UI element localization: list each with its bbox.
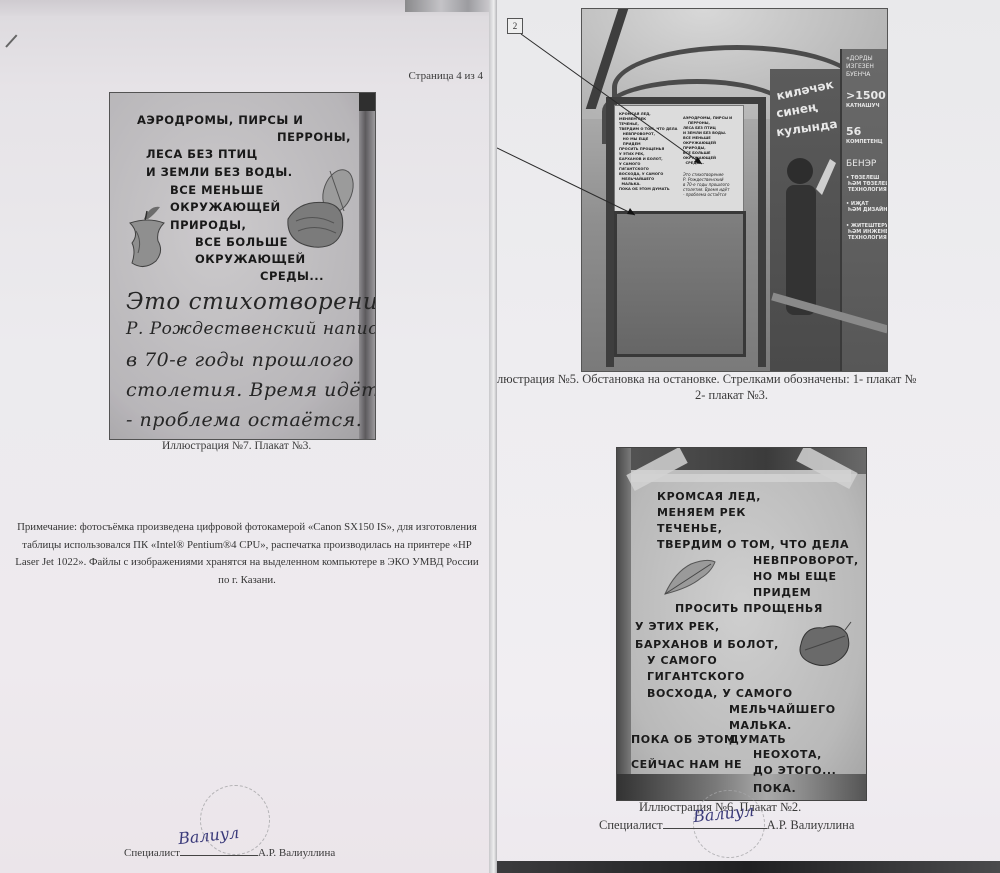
- poster-line: ПОКА ОБ ЭТОМ: [631, 733, 736, 746]
- poster-line: НЕВПРОВОРОТ,: [753, 554, 859, 567]
- signature-role: Специалист: [124, 847, 180, 859]
- poster-line: СЕЙЧАС НАМ НЕ: [631, 758, 742, 771]
- ad-side-line: КОМПЕТЕНЦ: [846, 139, 883, 145]
- oak-leaf-icon: [661, 556, 719, 598]
- signature-role: Специалист: [599, 818, 663, 832]
- ad-side-line: >1500: [846, 89, 886, 102]
- poster-line: ПРОСИТЬ ПРОЩЕНЬЯ: [675, 602, 823, 615]
- ad-side-line: БУЕНЧА: [846, 71, 870, 78]
- poster-2-image: КРОМСАЯ ЛЕД, МЕНЯЕМ РЕК ТЕЧЕНЬЕ, ТВЕРДИМ…: [616, 447, 867, 801]
- ad-side-line: 56: [846, 125, 861, 138]
- poster-line: АЭРОДРОМЫ, ПИРСЫ И: [137, 113, 303, 127]
- poster-left-frame: [617, 448, 631, 800]
- handwritten-line: в 70-е годы прошлого: [126, 349, 354, 371]
- poster-line: КРОМСАЯ ЛЕД,: [657, 490, 761, 503]
- poster-line: ЛЕСА БЕЗ ПТИЦ: [146, 147, 258, 161]
- signature-name: А.Р. Валиуллина: [258, 847, 335, 859]
- poster-line: ГИГАНТСКОГО: [647, 670, 745, 683]
- photo-caption-line-2: 2- плакат №3.: [695, 388, 768, 403]
- photo-note: Примечание: фотосъёмка произведена цифро…: [14, 519, 480, 589]
- poster-line: ПЕРРОНЫ,: [277, 130, 351, 144]
- document-page-right: КРОМСАЯ ЛЕД,МЕНЯЕМ РЕКТЕЧЕНЬЕ,ТВЕРДИМ О …: [497, 0, 1000, 873]
- poster-line: МАЛЬКА.: [729, 719, 792, 732]
- poster-line: МЕНЯЕМ РЕК: [657, 506, 746, 519]
- poster-line: НЕОХОТА,: [753, 748, 822, 761]
- poster-line: СРЕДЫ...: [260, 269, 324, 283]
- poster-line: ТВЕРДИМ О: [657, 538, 737, 551]
- ad-side-line: ТЕХНОЛОГИЯЛ: [848, 235, 888, 241]
- document-page-left: Страница 4 из 4 АЭРОДРОМЫ, ПИРСЫ И ПЕРРО…: [0, 0, 489, 873]
- notice-board-empty-frame: [614, 211, 746, 357]
- poster-line: ОКРУЖАЮЩЕЙ: [170, 200, 281, 214]
- maple-leaf-icon: [795, 620, 853, 670]
- handwritten-line: - проблема остаётся.: [126, 409, 362, 431]
- page-bottom-shadow: [497, 861, 1000, 873]
- shelter-post: [606, 97, 614, 367]
- binder-clip: [405, 0, 489, 12]
- ad-side-line: ҺӘМ ДИЗАЙН: [848, 207, 887, 213]
- handwritten-line: Р. Рождественский написал: [126, 319, 376, 339]
- ad-side-line: ТЕХНОЛОГИЯ: [848, 187, 887, 193]
- poster-line: ПРИРОДЫ,: [170, 218, 246, 232]
- photo-caption-line-1: люстрация №5. Обстановка на остановке. С…: [497, 372, 916, 387]
- tape-strip: [631, 470, 851, 482]
- poster-line: ДУМАТЬ: [729, 733, 786, 746]
- poster-frame-corner: [359, 93, 375, 111]
- poster-line: У ЭТИХ РЕК,: [635, 620, 720, 633]
- handwritten-line: Это стихотворение: [126, 289, 376, 315]
- ad-side-line: БЕНЭР: [846, 159, 876, 169]
- signature-name: А.Р. Валиуллина: [767, 818, 855, 832]
- poster-line: ВОСХОДА, У САМОГО: [647, 687, 793, 700]
- poster-line: НО МЫ ЕЩЕ: [753, 570, 837, 583]
- signature-block: СпециалистА.Р. Валиуллина: [124, 843, 335, 859]
- poster-3-image: АЭРОДРОМЫ, ПИРСЫ И ПЕРРОНЫ, ЛЕСА БЕЗ ПТИ…: [109, 92, 376, 440]
- marker-label-2: 2: [507, 18, 523, 34]
- shelter-crossbar: [606, 97, 766, 104]
- illustration-caption: Иллюстрация №7. Плакат №3.: [162, 440, 311, 452]
- ad-line: синең: [775, 99, 818, 120]
- poster-line: ТОМ, ЧТО ДЕЛА: [741, 538, 849, 551]
- poster-line: У САМОГО: [647, 654, 717, 667]
- poster-line: И ЗЕМЛИ БЕЗ ВОДЫ.: [146, 165, 293, 179]
- page-gap: [489, 0, 497, 873]
- ad-side-line: КАТНАШУЧ: [846, 103, 880, 109]
- leaf-pile-icon: [280, 161, 360, 256]
- poster-line: БАРХАНОВ И БОЛОТ,: [635, 638, 779, 651]
- poster-line: ПРИДЕМ: [753, 586, 811, 599]
- poster-line: МЕЛЬЧАЙШЕГО: [729, 703, 836, 716]
- ad-side-line: ИЗГЕЗЕН: [846, 63, 874, 70]
- poster-line: ПОКА.: [753, 782, 796, 795]
- shelter-post: [758, 99, 766, 367]
- handwritten-line: столетия. Время идёт -: [126, 379, 376, 401]
- pen-mark: [5, 34, 17, 47]
- ad-line: киләчәк: [775, 77, 835, 103]
- ad-side-line: «ДОРДЫ: [846, 55, 873, 62]
- bus-stop-photo: КРОМСАЯ ЛЕД,МЕНЯЕМ РЕКТЕЧЕНЬЕ,ТВЕРДИМ О …: [581, 8, 888, 372]
- poster-line: ВСЕ БОЛЬШЕ: [195, 235, 288, 249]
- person-figure-icon: [778, 149, 838, 349]
- page-number: Страница 4 из 4: [408, 70, 483, 82]
- poster-line: ДО ЭТОГО...: [753, 764, 836, 777]
- ad-line: кулында: [775, 117, 838, 139]
- poster-line: ВСЕ МЕНЬШЕ: [170, 183, 264, 197]
- apple-core-icon: [120, 201, 175, 273]
- notice-board: КРОМСАЯ ЛЕД,МЕНЯЕМ РЕКТЕЧЕНЬЕ,ТВЕРДИМ О …: [614, 105, 744, 213]
- poster-line: ТЕЧЕНЬЕ,: [657, 522, 723, 535]
